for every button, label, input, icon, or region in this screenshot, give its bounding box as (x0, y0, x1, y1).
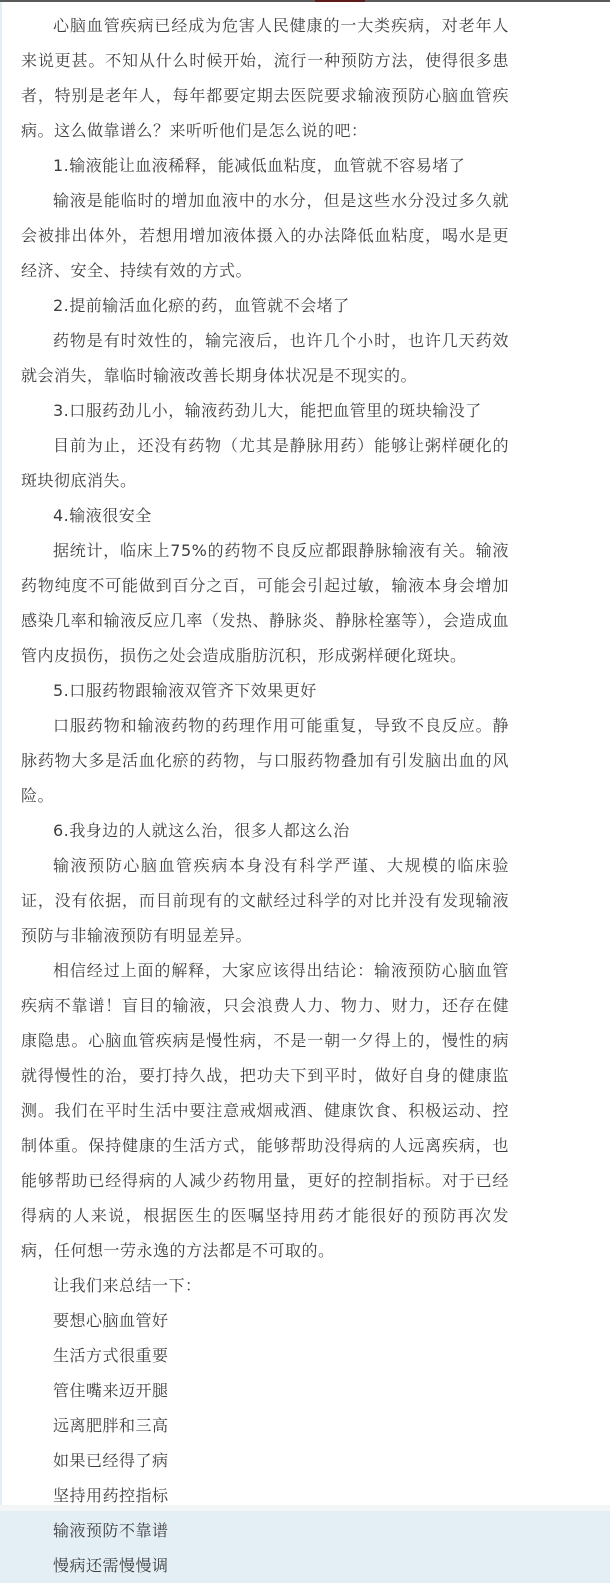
bottom-strip (0, 1505, 610, 1511)
article-page: 心脑血管疾病已经成为危害人民健康的一大类疾病，对老年人来说更甚。不知从什么时候开… (2, 2, 610, 1505)
point-4-body: 据统计，临床上75%的药物不良反应都跟静脉输液有关。输液药物纯度不可能做到百分之… (21, 533, 509, 673)
summary-line: 如果已经得了病 (21, 1443, 509, 1478)
point-5-heading: 5.口服药物跟输液双管齐下效果更好 (21, 673, 509, 708)
point-1-body: 输液是能临时的增加血液中的水分，但是这些水分没过多久就会被排出体外，若想用增加液… (21, 183, 509, 288)
point-2-heading: 2.提前输活血化瘀的药，血管就不会堵了 (21, 288, 509, 323)
summary-line: 要想心脑血管好 (21, 1303, 509, 1338)
intro-paragraph: 心脑血管疾病已经成为危害人民健康的一大类疾病，对老年人来说更甚。不知从什么时候开… (21, 8, 509, 148)
article-body: 心脑血管疾病已经成为危害人民健康的一大类疾病，对老年人来说更甚。不知从什么时候开… (21, 8, 509, 1511)
summary-intro: 让我们来总结一下： (21, 1268, 509, 1303)
point-3-heading: 3.口服药劲儿小，输液药劲儿大，能把血管里的斑块输没了 (21, 393, 509, 428)
summary-line: 远离肥胖和三高 (21, 1408, 509, 1443)
point-4-heading: 4.输液很安全 (21, 498, 509, 533)
point-5-body: 口服药物和输液药物的药理作用可能重复，导致不良反应。静脉药物大多是活血化瘀的药物… (21, 708, 509, 813)
point-6-body: 输液预防心脑血管疾病本身没有科学严谨、大规模的临床验证，没有依据，而目前现有的文… (21, 848, 509, 953)
point-3-body: 目前为止，还没有药物（尤其是静脉用药）能够让粥样硬化的斑块彻底消失。 (21, 428, 509, 498)
point-6-heading: 6.我身边的人就这么治，很多人都这么治 (21, 813, 509, 848)
conclusion-paragraph: 相信经过上面的解释，大家应该得出结论：输液预防心脑血管疾病不靠谱！盲目的输液，只… (21, 953, 509, 1268)
summary-line: 管住嘴来迈开腿 (21, 1373, 509, 1408)
point-2-body: 药物是有时效性的，输完液后，也许几个小时，也许几天药效就会消失，靠临时输液改善长… (21, 323, 509, 393)
point-1-heading: 1.输液能让血液稀释，能减低血粘度，血管就不容易堵了 (21, 148, 509, 183)
summary-line: 生活方式很重要 (21, 1338, 509, 1373)
